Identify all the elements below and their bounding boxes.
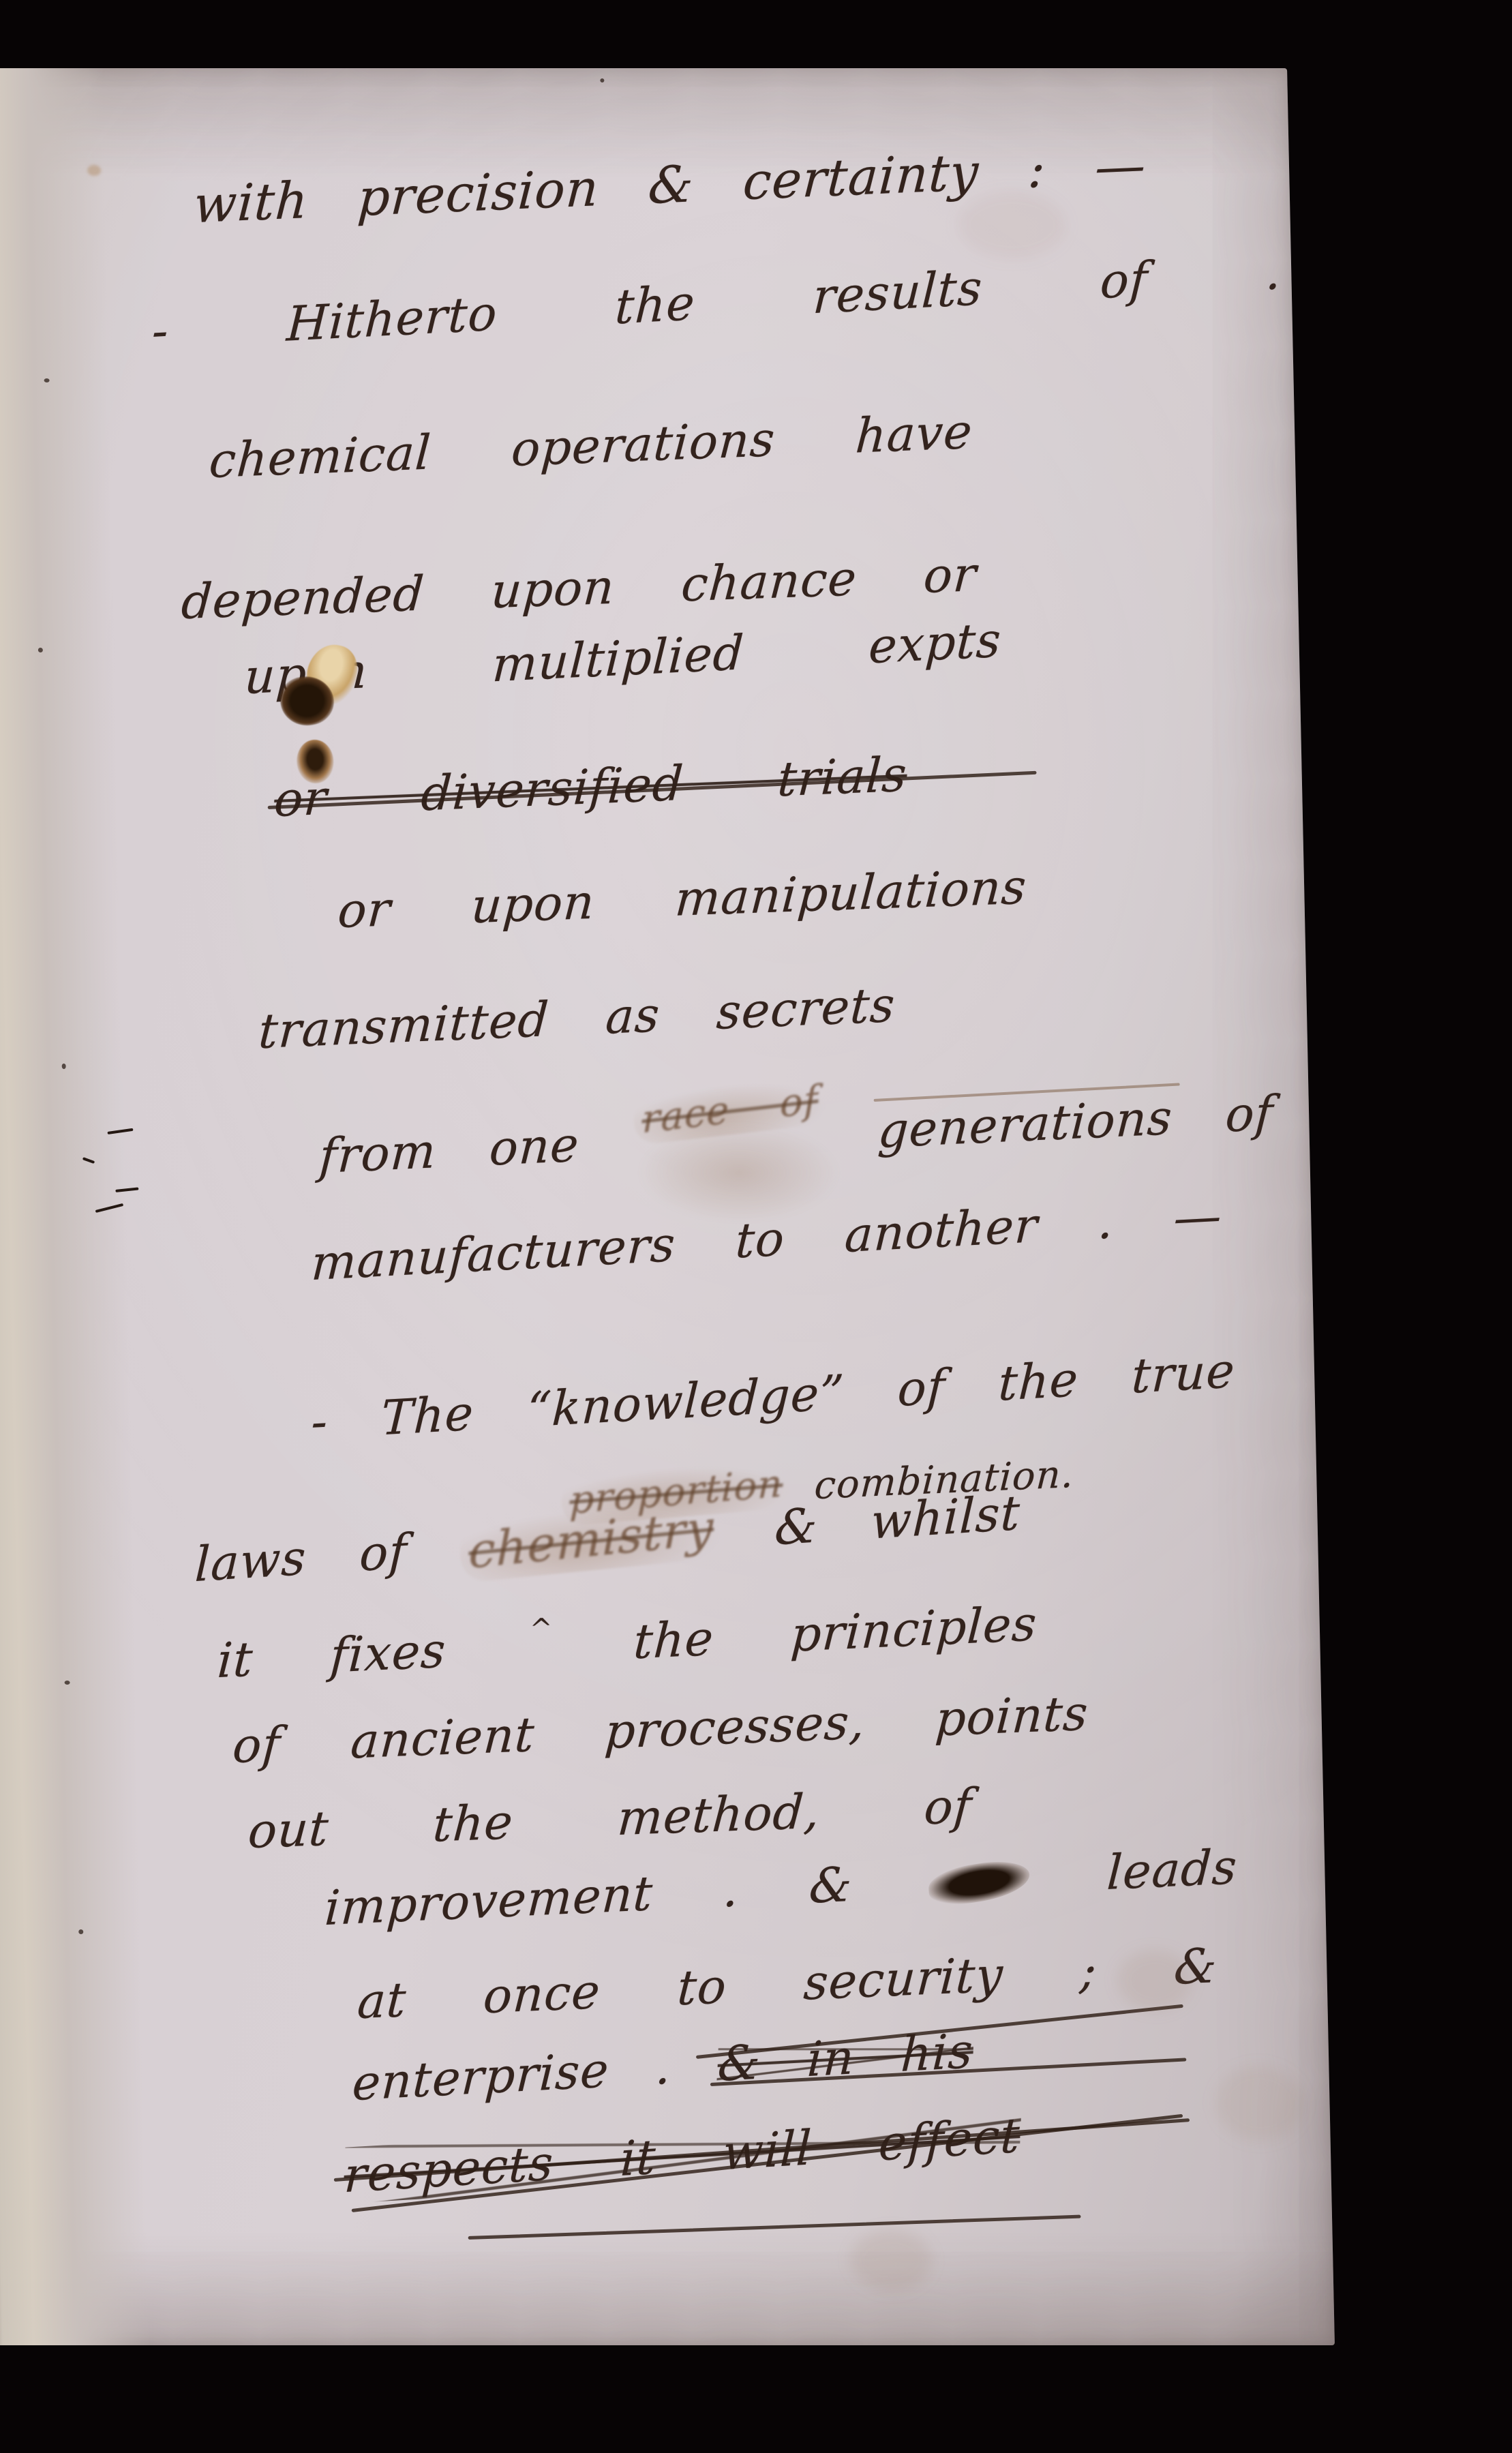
erasure-smear <box>635 1122 842 1224</box>
paper-speck <box>65 1681 70 1685</box>
paper-speck <box>78 1929 83 1934</box>
stain <box>1117 1950 1193 2011</box>
photograph-of-manuscript: { "page": { "background_color": "#070405… <box>0 0 1512 2453</box>
line-text: leads <box>1035 1839 1239 1904</box>
paper-speck <box>38 648 43 652</box>
stain <box>1214 2066 1304 2141</box>
manuscript-page: with precision & certainty : — - Hithert… <box>0 68 1335 2345</box>
stain <box>957 191 1068 259</box>
paper-speck <box>44 378 50 382</box>
inked-out-word <box>928 1856 1031 1909</box>
stain <box>849 2229 933 2291</box>
paper-speck <box>62 1064 66 1069</box>
paper-speck <box>600 78 604 82</box>
foxing-spot <box>87 165 101 176</box>
insertion-caret: ^ <box>528 1613 553 1646</box>
